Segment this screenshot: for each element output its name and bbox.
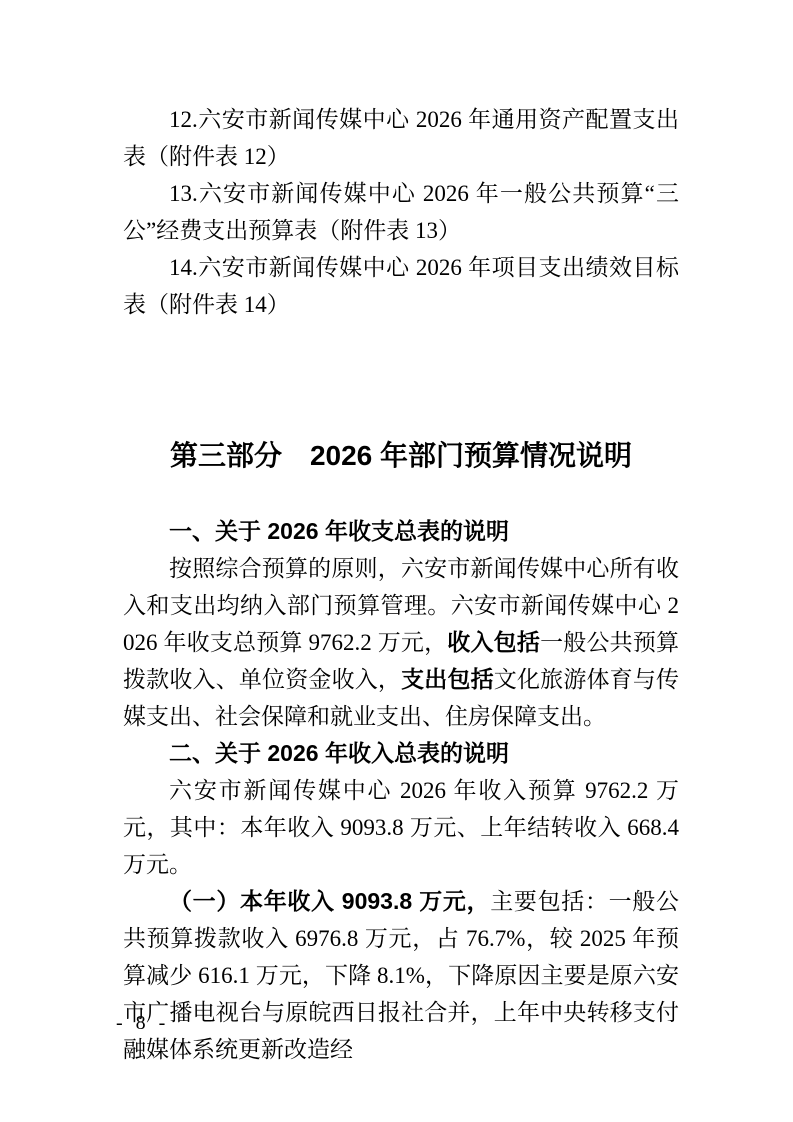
paragraph-income-total: 六安市新闻传媒中心 2026 年收入预算 9762.2 万元，其中：本年收入 9…	[123, 772, 679, 883]
document-page: 12.六安市新闻传媒中心 2026 年通用资产配置支出表（附件表 12） 13.…	[0, 0, 793, 1122]
section-heading: 第三部分 2026 年部门预算情况说明	[123, 435, 679, 477]
income-includes-emphasis: 收入包括	[447, 629, 540, 655]
expenditure-includes-emphasis: 支出包括	[401, 666, 494, 692]
current-year-income-emphasis: （一）本年收入 9093.8 万元，	[169, 888, 490, 914]
subsection-heading-2: 二、关于 2026 年收入总表的说明	[123, 735, 679, 772]
document-content: 12.六安市新闻传媒中心 2026 年通用资产配置支出表（附件表 12） 13.…	[123, 101, 679, 1068]
paragraph-current-year-income: （一）本年收入 9093.8 万元，主要包括：一般公共预算拨款收入 6976.8…	[123, 883, 679, 1068]
paragraph-overview: 按照综合预算的原则，六安市新闻传媒中心所有收入和支出均纳入部门预算管理。六安市新…	[123, 550, 679, 735]
attachment-list-item-12: 12.六安市新闻传媒中心 2026 年通用资产配置支出表（附件表 12）	[123, 101, 679, 175]
page-number: - 8 -	[116, 1012, 169, 1035]
paragraph-current-year-income-text: 主要包括：一般公共预算拨款收入 6976.8 万元，占 76.7%，较 2025…	[123, 889, 679, 1062]
subsection-heading-1: 一、关于 2026 年收支总表的说明	[123, 513, 679, 550]
attachment-list-item-13: 13.六安市新闻传媒中心 2026 年一般公共预算“三公”经费支出预算表（附件表…	[123, 175, 679, 249]
attachment-list-item-14: 14.六安市新闻传媒中心 2026 年项目支出绩效目标表（附件表 14）	[123, 249, 679, 323]
